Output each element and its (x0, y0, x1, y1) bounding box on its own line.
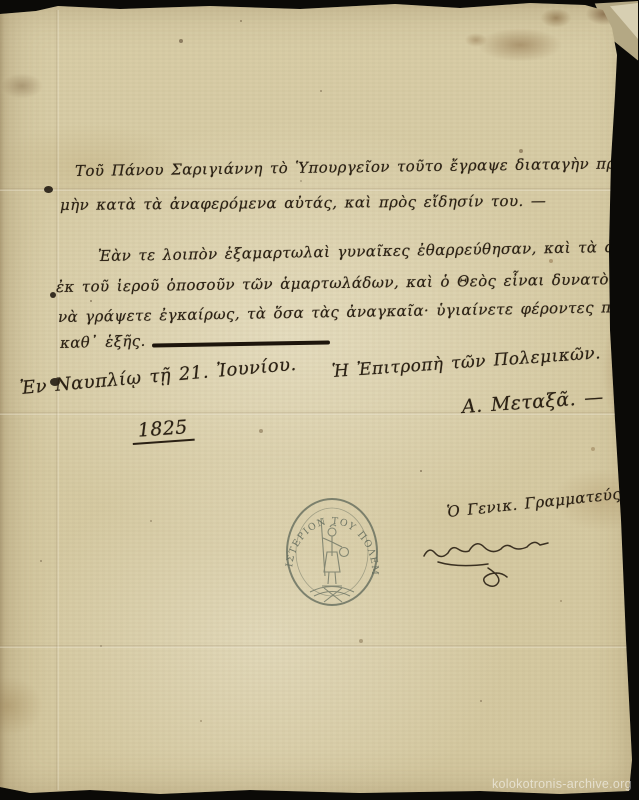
fold-crease (0, 188, 633, 191)
document-page: Τοῦ Πάνου Σαριγιάννη τὸ Ὑπουργεῖον τοῦτο… (0, 0, 639, 800)
place-date-line: Ἐν Ναυπλίῳ τῇ 21. Ἰουνίου. (19, 354, 297, 399)
fold-crease-vertical (56, 10, 59, 790)
manuscript-line-3: Ἐὰν τε λοιπὸν ἐξαμαρτωλαὶ γυναῖκες ἐθαρρ… (98, 237, 639, 265)
closing-flourish-rule (152, 340, 330, 347)
committee-title: Ἡ Ἐπιτροπὴ τῶν Πολεμικῶν. (331, 343, 601, 382)
manuscript-line-1: Τοῦ Πάνου Σαριγιάννη τὸ Ὑπουργεῖον τοῦτο… (75, 154, 639, 180)
fold-crease (0, 645, 633, 648)
ink-blot (44, 186, 53, 193)
manuscript-line-6: καθ᾽ ἑξῆς. (60, 332, 146, 352)
manuscript-line-2: μὴν κατὰ τὰ ἀναφερόμενα αὐτάς, καὶ πρὸς … (60, 192, 546, 214)
manuscript-line-4: ἐκ τοῦ ἱεροῦ ὁποσοῦν τῶν ἁμαρτωλάδων, κα… (56, 269, 639, 296)
secretary-title: Ὁ Γενικ. Γραμματεύς. (446, 484, 627, 521)
ministry-of-war-stamp: ΜΙΝΙΣΤΕΡΙΟΝ ΤΟΥ ΠΟΛΕΜΟΥ (284, 496, 380, 608)
manuscript-line-5: νὰ γράψετε ἐγκαίρως, τὰ ὅσα τὰς ἀναγκαῖα… (58, 297, 639, 326)
archive-watermark: kolokotronis-archive.org (492, 777, 632, 791)
secretary-signature-scribble (418, 532, 578, 588)
scan-background: Τοῦ Πάνου Σαριγιάννη τὸ Ὑπουργεῖον τοῦτο… (0, 0, 639, 800)
foxing-specks (0, 0, 2, 2)
year-1825: 1825 (131, 416, 195, 445)
